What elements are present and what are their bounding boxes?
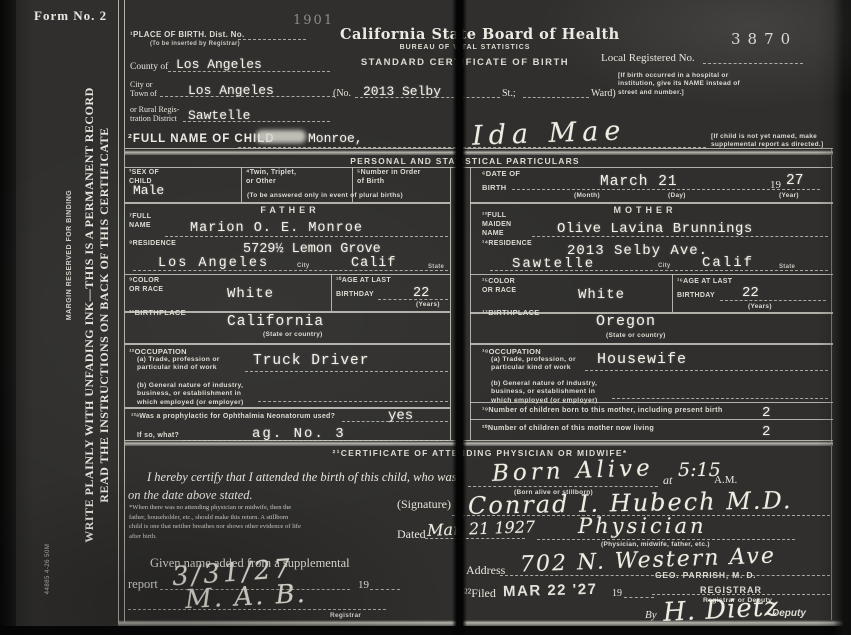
father-race-label-1: ⁹COLOR [129, 277, 163, 286]
filed-date-stamp: MAR 22 '27 [503, 581, 598, 600]
father-city-value: Los Angeles [158, 256, 269, 271]
margin-read-instructions: READ THE INSTRUCTIONS ON BACK OF THIS CE… [97, 45, 112, 585]
margin-instructions: WRITE PLAINLY WITH UNFADING INK—THIS IS … [82, 45, 112, 585]
local-registered-label: Local Registered No. [601, 52, 695, 64]
bottom-black-edge [0, 626, 851, 635]
footnote-text: *When there was no attending physician o… [129, 503, 301, 541]
prophylactic-label: ¹²ᵃWas a prophylactic for Ophthalmia Neo… [131, 413, 335, 422]
mother-birthplace-label: ¹⁷BIRTHPLACE [482, 308, 540, 317]
local-registered-line [703, 63, 803, 64]
dob-year-value: 27 [786, 173, 803, 189]
district-label-1: or Rural Regis- [130, 105, 179, 114]
supplemental-text-2: report [128, 577, 158, 592]
mother-top-line [470, 202, 833, 204]
children-born-label: ¹⁹Number of children born to this mother… [482, 405, 723, 414]
dob-label-1: ⁶DATE OF [482, 169, 520, 178]
street-ward-label: Ward) [591, 88, 616, 99]
father-top-line [125, 202, 450, 204]
mother-occ-a-value: Housewife [597, 351, 687, 368]
prophylactic-line [342, 421, 448, 422]
margin-binding-label: MARGIN RESERVED FOR BINDING [66, 190, 73, 320]
mother-race-label: ¹⁵COLOR OR RACE [482, 278, 516, 296]
father-residence-label: ⁸RESIDENCE [129, 240, 176, 249]
district-line [183, 121, 330, 122]
place-of-birth-note: (To be inserted by Registrar) [150, 41, 240, 49]
born-alive-hand: Born Alive [492, 455, 655, 487]
registrar-small-label: Registrar [330, 612, 361, 620]
mother-birthplace-value: Oregon [596, 313, 656, 330]
father-race-value: White [227, 286, 274, 302]
street-open-paren: (No. [333, 88, 351, 99]
supplemental-19: 19 [358, 579, 369, 591]
col-divider-right [470, 167, 471, 440]
print-code: 44885 4-26 50M [36, 529, 54, 609]
district-label: or Rural Regis- tration District [130, 105, 179, 123]
mother-name-label: ¹³FULL MAIDEN NAME [482, 211, 511, 238]
dob-day-small: (Day) [668, 192, 686, 200]
no-physician-footnote: *When there was no attending physician o… [129, 503, 301, 541]
district-label-2: tration District [130, 114, 179, 123]
children-born-top-line [470, 402, 833, 403]
mother-race-value: White [578, 287, 625, 303]
mother-name-label-1: ¹³FULL [482, 211, 511, 220]
children-living-top-line [470, 419, 833, 420]
mother-age-label-1: ¹⁶AGE AT LAST [677, 278, 732, 287]
child-given-name-hand: Ida Mae [472, 115, 627, 151]
county-label: County of [130, 62, 168, 72]
father-birthplace-value: California [227, 314, 324, 330]
cert-left-border-outer [118, 0, 119, 628]
mother-occupation-top-line [470, 343, 833, 345]
mother-race-label-2: OR RACE [482, 287, 516, 296]
father-name-label-2: NAME [129, 222, 151, 231]
father-name-label-1: ⁷FULL [129, 213, 151, 222]
father-age-value: 22 [413, 286, 429, 301]
father-age-label-1: ¹⁰AGE AT LAST [336, 277, 391, 286]
mother-occupation-label: ¹⁸OCCUPATION [482, 347, 541, 356]
twin-label-2: or Other [246, 178, 296, 187]
dob-label-2: BIRTH [482, 183, 506, 192]
cell-line-sex-twin [241, 167, 242, 202]
father-occ-b-label: (b) General nature of industry, business… [137, 382, 255, 407]
mother-occ-a-label: (a) Trade, profession, or particular kin… [491, 356, 596, 373]
child-name-label: ²FULL NAME OF CHILD [128, 132, 275, 146]
father-race-top-line [125, 274, 450, 275]
mother-age-line [720, 300, 826, 301]
mother-state-value: Calif [702, 255, 754, 271]
county-line [168, 71, 330, 72]
mother-age-value: 22 [742, 285, 759, 301]
father-city-line [133, 270, 448, 271]
father-occ-a-label: (a) Trade, profession or particular kind… [137, 356, 245, 373]
mother-birthplace-note: (State or country) [606, 332, 666, 340]
dob-value: March 21 [600, 174, 678, 190]
city-town-label: City or Town of [130, 80, 157, 98]
at-label: at [663, 473, 672, 488]
twin-label-1: ⁴Twin, Triplet, [246, 169, 296, 178]
band-bottom-line [125, 167, 833, 168]
street-st-label: St.; [502, 88, 516, 99]
margin-binding-note: MARGIN RESERVED FOR BINDING [58, 155, 76, 355]
mother-age-label-2: BIRTHDAY [677, 292, 715, 301]
signature-label: (Signature) [397, 497, 451, 512]
dob-year-prefix: 19 [770, 179, 781, 191]
mother-residence-label: ¹⁴RESIDENCE [482, 240, 532, 249]
place-of-birth-label: ¹PLACE OF BIRTH. Dist. No. [130, 30, 244, 40]
dob-month-small: (Month) [574, 192, 600, 200]
deputy-stamp-label: Deputy [772, 608, 806, 619]
father-race-label-2: OR RACE [129, 286, 163, 295]
children-living-value: 2 [762, 424, 770, 440]
children-living-label: ²⁰Number of children of this mother now … [482, 423, 654, 432]
dated-line [425, 538, 525, 539]
father-residence-value: 5729½ Lemon Grove [243, 242, 381, 257]
twin-label: ⁴Twin, Triplet, or Other [246, 169, 296, 187]
mother-occ-a-line [585, 370, 828, 371]
particulars-gray-band [125, 150, 833, 155]
form-number: Form No. 2 [34, 8, 107, 24]
father-name-value: Marion O. E. Monroe [190, 221, 363, 236]
father-birthplace-note: (State or country) [263, 331, 323, 339]
mother-section-title: MOTHER [565, 205, 725, 216]
sex-value: Male [133, 183, 164, 198]
mother-name-line [532, 236, 828, 237]
order-label-2: of Birth [357, 178, 421, 187]
birth-certificate-scan: Form No. 2 1901 MARGIN RESERVED FOR BIND… [0, 0, 851, 635]
father-occupation-label: ¹²OCCUPATION [129, 347, 187, 356]
mother-age-unit: (Years) [748, 303, 772, 311]
place-dist-line [238, 39, 306, 40]
father-section-title: FATHER [210, 205, 370, 216]
order-label-1: ⁵Number in Order [357, 169, 421, 178]
father-state-value: Calif [351, 256, 397, 271]
left-binding-strip [0, 0, 16, 635]
physician-gray-band [125, 441, 833, 446]
plural-births-note: (To be answered only in event of plural … [247, 192, 403, 200]
mother-city-line [490, 270, 828, 271]
county-value: Los Angeles [176, 57, 262, 72]
father-occ-a-value: Truck Driver [253, 353, 369, 369]
col-divider-left [450, 167, 451, 440]
sex-label-1: ³SEX OF [129, 169, 159, 178]
street-line [355, 97, 500, 98]
am-label: A.M. [714, 474, 737, 486]
mother-race-top-line [470, 274, 833, 275]
dob-year-small: (Year) [779, 192, 799, 200]
registrar-initials-line [128, 609, 386, 610]
capacity-hand: Physician [578, 514, 707, 538]
local-registered-number: 3870 [731, 30, 797, 48]
hospital-note: [If birth occurred in a hospital or inst… [618, 72, 744, 97]
certify-text-1: I hereby certify that I attended the bir… [147, 470, 457, 485]
cert-right-border [831, 148, 832, 620]
band-top-line [125, 148, 833, 149]
father-birthplace-label: ¹¹BIRTHPLACE [129, 308, 186, 317]
order-of-birth-label: ⁵Number in Order of Birth [357, 169, 421, 187]
filed-label: ²²Filed [464, 586, 496, 601]
born-alive-line [468, 486, 658, 487]
father-age-unit: (Years) [416, 301, 440, 309]
city-label-1: City or [130, 80, 157, 89]
filed-line [624, 597, 654, 598]
father-name-label: ⁷FULL NAME [129, 213, 151, 231]
registrar-name-stamp: GEO. PARRISH, M. D. [655, 570, 756, 581]
print-code-text: 44885 4-26 50M [45, 544, 51, 595]
supplemental-19-line [370, 589, 400, 590]
city-label-2: Town of [130, 89, 157, 98]
mother-name-label-2: MAIDEN [482, 220, 511, 229]
cert-left-border-inner [124, 0, 125, 628]
mother-name-value: Olive Lavina Brunnings [557, 221, 753, 237]
mother-race-label-1: ¹⁵COLOR [482, 278, 516, 287]
father-occupation-top-line [125, 343, 450, 345]
filed-19: 19 [612, 588, 622, 599]
dated-hand: Mar. 21 1927 [427, 517, 536, 540]
right-page-edge [833, 0, 851, 635]
father-name-line [165, 236, 448, 237]
unnamed-note: [If child is not yet named, make supplem… [711, 133, 833, 149]
certify-text-2: on the date above stated. [128, 488, 253, 503]
child-surname-value: Monroe, [308, 131, 363, 146]
father-occ-a-line [245, 371, 448, 372]
dated-label: Dated [397, 527, 426, 542]
father-race-label: ⁹COLOR OR RACE [129, 277, 163, 295]
year-stamp: 1901 [293, 13, 334, 28]
father-race-age-divider [331, 274, 332, 311]
margin-write-plainly: WRITE PLAINLY WITH UNFADING INK—THIS IS … [82, 45, 97, 585]
fold-crease [452, 0, 467, 635]
mother-occ-b-line [612, 398, 828, 399]
ward-line [523, 97, 589, 98]
mother-race-age-divider [672, 274, 673, 312]
city-line [160, 96, 335, 97]
redaction-smudge [256, 130, 306, 143]
father-occ-b-line [258, 401, 448, 402]
mother-name-label-3: NAME [482, 229, 511, 238]
father-age-label-2: BIRTHDAY [336, 291, 374, 300]
capacity-line [537, 539, 795, 540]
